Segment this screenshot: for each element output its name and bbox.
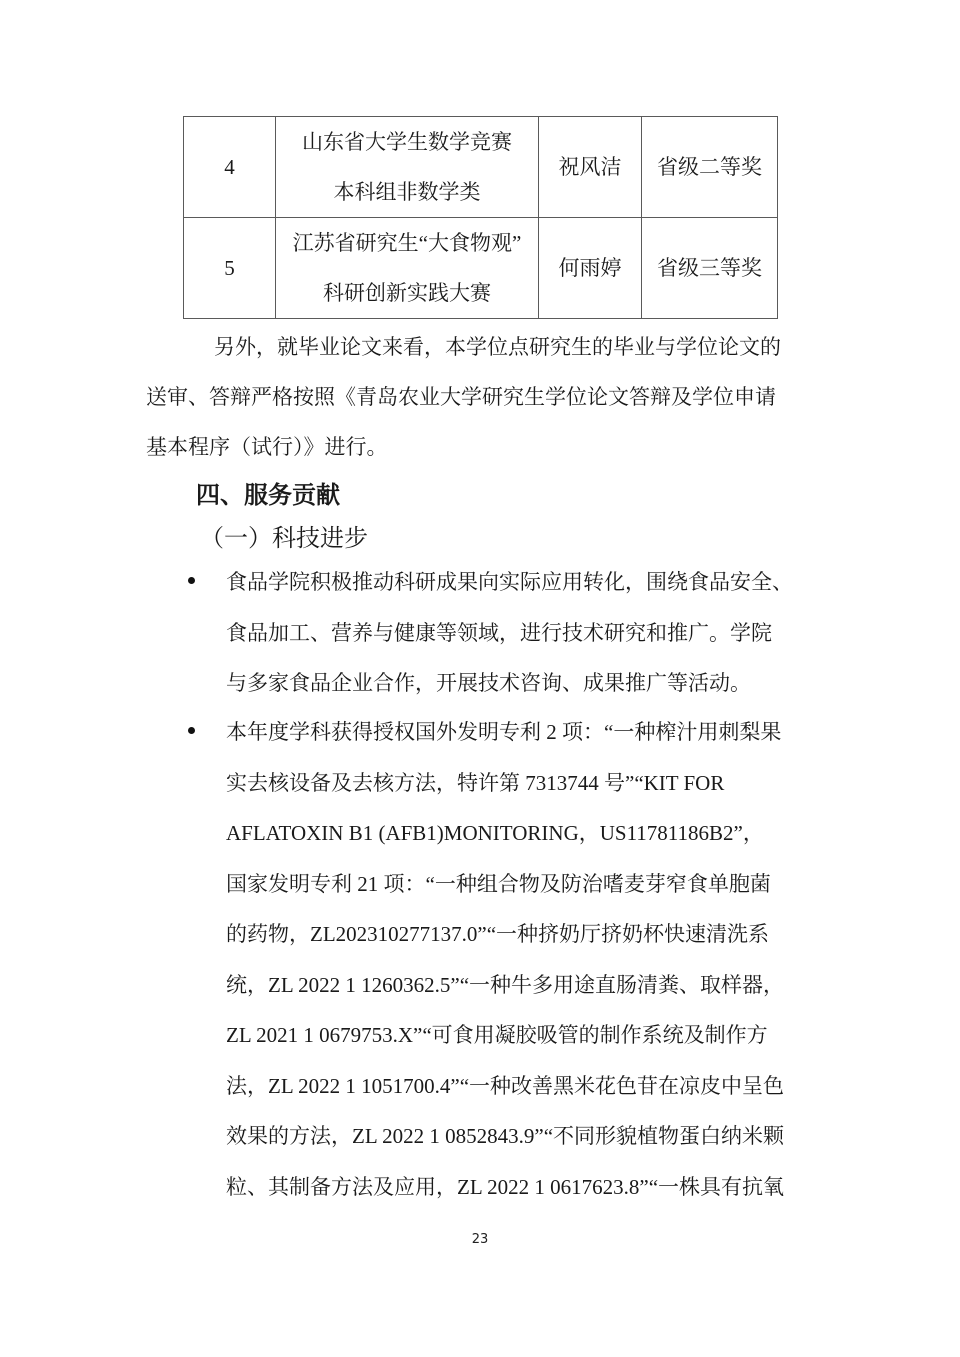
competition-name-line: 山东省大学生数学竞赛 [276,117,538,167]
bullet-line: 统，ZL 2022 1 1260362.5”“一种牛多用途直肠清粪、取样器， [226,960,816,1011]
competition-name-line: 科研创新实践大赛 [276,268,538,318]
bullet-line: 本年度学科获得授权国外发明专利 2 项：“一种榨汁用刺梨果 [226,707,816,758]
bullet-line: 的药物，ZL202310277137.0”“一种挤奶厅挤奶杯快速清洗系 [226,909,816,960]
bullet-icon [188,727,195,734]
competition-name-cell: 江苏省研究生“大食物观” 科研创新实践大赛 [276,218,539,319]
row-number-cell: 4 [184,117,276,218]
paragraph-line: 另外，就毕业论文来看，本学位点研究生的毕业与学位论文的 [146,322,816,372]
table-row: 4 山东省大学生数学竞赛 本科组非数学类 祝风洁 省级二等奖 [184,117,778,218]
competition-name-line: 江苏省研究生“大食物观” [276,218,538,268]
bullet-text: 食品学院积极推动科研成果向实际应用转化，围绕食品安全、 食品加工、营养与健康等领… [226,557,816,709]
thesis-paragraph: 另外，就毕业论文来看，本学位点研究生的毕业与学位论文的 送审、答辩严格按照《青岛… [146,322,816,472]
paragraph-line: 送审、答辩严格按照《青岛农业大学研究生学位论文答辩及学位申请 [146,372,816,422]
awards-table: 4 山东省大学生数学竞赛 本科组非数学类 祝风洁 省级二等奖 5 江苏省研究生“… [183,116,778,319]
bullet-line: AFLATOXIN B1 (AFB1)MONITORING，US11781186… [226,808,816,859]
page-number: 23 [0,1232,960,1247]
bullet-line: ZL 2021 1 0679753.X”“可食用凝胶吸管的制作系统及制作方 [226,1010,816,1061]
winner-name-cell: 祝风洁 [539,117,642,218]
bullet-line: 与多家食品企业合作，开展技术咨询、成果推广等活动。 [226,658,816,709]
bullet-icon [188,577,195,584]
document-page: 4 山东省大学生数学竞赛 本科组非数学类 祝风洁 省级二等奖 5 江苏省研究生“… [0,0,960,1357]
bullet-line: 法，ZL 2022 1 1051700.4”“一种改善黑米花色苷在凉皮中呈色 [226,1061,816,1112]
paragraph-line: 基本程序（试行）》进行。 [146,422,816,472]
award-level-cell: 省级二等奖 [642,117,778,218]
bullet-line: 粒、其制备方法及应用，ZL 2022 1 0617623.8”“一株具有抗氧 [226,1162,816,1213]
bullet-line: 国家发明专利 21 项：“一种组合物及防治嗜麦芽窄食单胞菌 [226,859,816,910]
winner-name-cell: 何雨婷 [539,218,642,319]
section-heading: 四、服务贡献 [196,475,340,515]
row-number-cell: 5 [184,218,276,319]
competition-name-line: 本科组非数学类 [276,167,538,217]
bullet-line: 食品学院积极推动科研成果向实际应用转化，围绕食品安全、 [226,557,816,608]
bullet-text: 本年度学科获得授权国外发明专利 2 项：“一种榨汁用刺梨果 实去核设备及去核方法… [226,707,816,1212]
award-level-cell: 省级三等奖 [642,218,778,319]
competition-name-cell: 山东省大学生数学竞赛 本科组非数学类 [276,117,539,218]
subsection-heading: （一）科技进步 [200,518,368,558]
bullet-line: 实去核设备及去核方法，特许第 7313744 号”“KIT FOR [226,758,816,809]
table-row: 5 江苏省研究生“大食物观” 科研创新实践大赛 何雨婷 省级三等奖 [184,218,778,319]
bullet-line: 食品加工、营养与健康等领域，进行技术研究和推广。学院 [226,608,816,659]
bullet-line: 效果的方法，ZL 2022 1 0852843.9”“不同形貌植物蛋白纳米颗 [226,1111,816,1162]
